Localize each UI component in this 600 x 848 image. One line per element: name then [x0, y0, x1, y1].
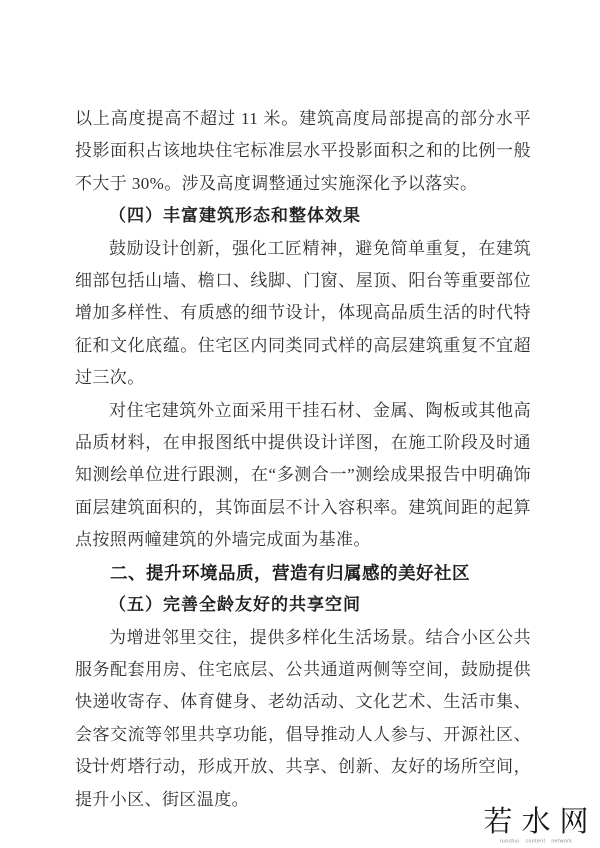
page-number: — 4 —	[90, 755, 149, 772]
paragraph-shared-space: 为增进邻里交往，提供多样化生活场景。结合小区公共服务配套用房、住宅底层、公共通道…	[75, 622, 531, 816]
section-heading-five: （五）完善全龄友好的共享空间	[75, 589, 531, 621]
chapter-heading-two: 二、提升环境品质，营造有归属感的美好社区	[75, 557, 531, 589]
paragraph-design-innovation: 鼓励设计创新，强化工匠精神，避免简单重复，在建筑细部包括山墙、檐口、线脚、门窗、…	[75, 233, 531, 395]
paragraph-facade-materials: 对住宅建筑外立面采用干挂石材、金属、陶板或其他高品质材料，在申报图纸中提供设计详…	[75, 395, 531, 557]
watermark-tagline: ruoshui content network	[485, 838, 587, 845]
document-page: 以上高度提高不超过 11 米。建筑高度局部提高的部分水平投影面积占该地块住宅标准…	[0, 0, 600, 848]
section-heading-four: （四）丰富建筑形态和整体效果	[75, 200, 531, 232]
watermark-text: 若水网	[476, 806, 600, 838]
document-body: 以上高度提高不超过 11 米。建筑高度局部提高的部分水平投影面积占该地块住宅标准…	[75, 103, 531, 816]
watermark-logo: 若水网 ruoshui content network	[476, 806, 596, 846]
paragraph-height-adjustment: 以上高度提高不超过 11 米。建筑高度局部提高的部分水平投影面积占该地块住宅标准…	[75, 103, 531, 200]
